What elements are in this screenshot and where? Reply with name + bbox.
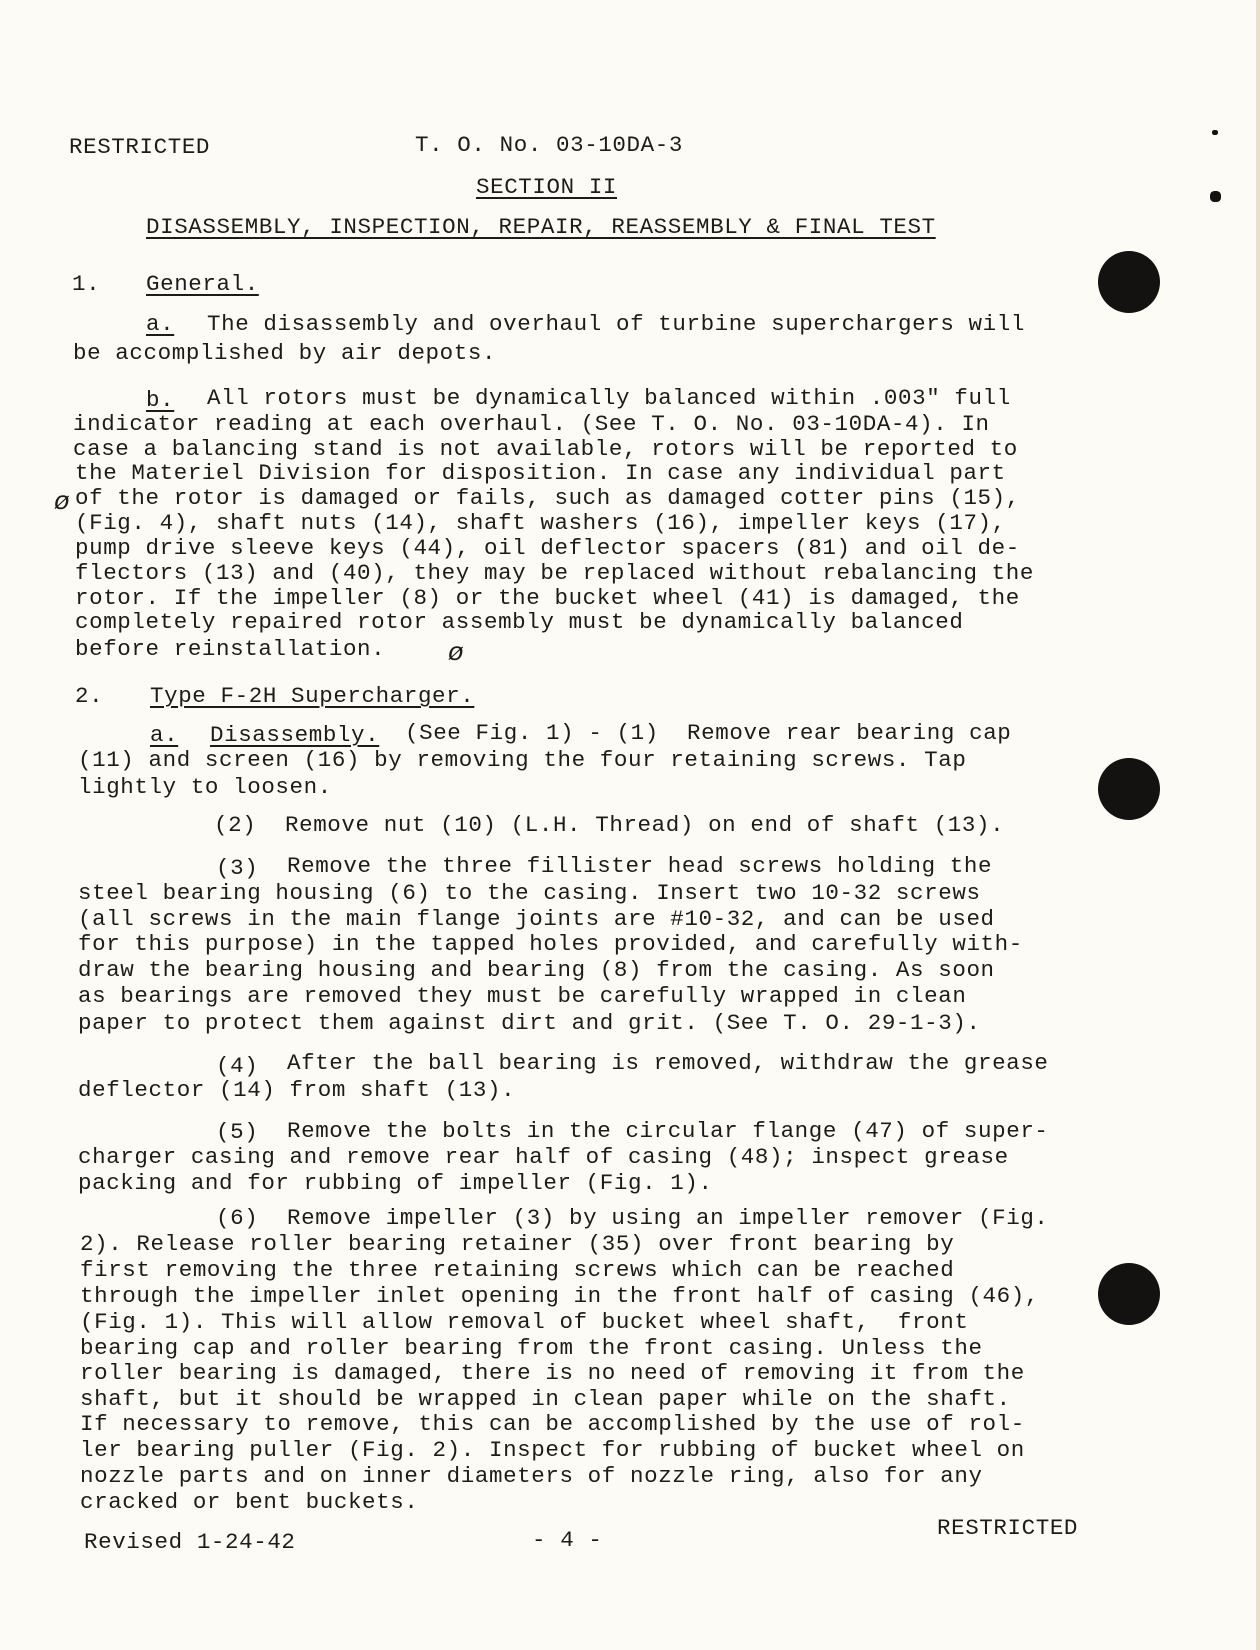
punch-hole-top <box>1098 251 1160 313</box>
text-line: before reinstallation. <box>75 636 385 662</box>
text-line: shaft, but it should be wrapped in clean… <box>80 1386 1011 1412</box>
section-title-general: General. <box>146 271 259 297</box>
section-title-type-f2h: Type F-2H Supercharger. <box>150 683 474 709</box>
text-line: steel bearing housing (6) to the casing.… <box>78 880 981 906</box>
step-label: (6) <box>216 1205 258 1231</box>
text-line: completely repaired rotor assembly must … <box>75 609 963 635</box>
paragraph-heading: Disassembly. <box>210 722 379 748</box>
text-line: case a balancing stand is not available,… <box>73 436 1018 462</box>
paragraph-label: a. <box>146 311 174 337</box>
text-line: (11) and screen (16) by removing the fou… <box>78 747 966 773</box>
text-line: After the ball bearing is removed, withd… <box>287 1050 1049 1076</box>
text-line: The disassembly and overhaul of turbine … <box>207 311 1025 337</box>
punch-hole-middle <box>1098 758 1160 820</box>
revision-mark: ø <box>54 487 70 517</box>
text-line: Remove the bolts in the circular flange … <box>287 1118 1049 1144</box>
paragraph-label: b. <box>146 387 174 413</box>
section-number: 2. <box>75 683 103 709</box>
text-line: of the rotor is damaged or fails, such a… <box>75 485 1020 511</box>
text-line: ler bearing puller (Fig. 2). Inspect for… <box>80 1437 1025 1463</box>
text-line: (all screws in the main flange joints ar… <box>78 906 995 932</box>
document-number: T. O. No. 03-10DA-3 <box>415 132 683 158</box>
text-line: be accomplished by air depots. <box>73 340 496 366</box>
page-edge <box>1256 0 1260 1650</box>
text-line: for this purpose) in the tapped holes pr… <box>78 931 1023 957</box>
text-line: (Fig. 1). This will allow removal of buc… <box>80 1309 968 1335</box>
section-heading: SECTION II <box>476 174 617 200</box>
text-line: packing and for rubbing of impeller (Fig… <box>78 1170 713 1196</box>
header-classification: RESTRICTED <box>69 134 210 160</box>
step-label: (3) <box>216 855 258 881</box>
text-line: rotor. If the impeller (8) or the bucket… <box>75 585 1020 611</box>
text-line: (See Fig. 1) - (1) Remove rear bearing c… <box>405 720 1011 746</box>
text-line: lightly to loosen. <box>78 774 332 800</box>
text-line: the Materiel Division for disposition. I… <box>75 460 1006 486</box>
text-line: charger casing and remove rear half of c… <box>78 1144 1009 1170</box>
ink-speck <box>1212 130 1218 135</box>
text-line: draw the bearing housing and bearing (8)… <box>78 957 995 983</box>
text-line: bearing cap and roller bearing from the … <box>80 1335 983 1361</box>
text-line: pump drive sleeve keys (44), oil deflect… <box>75 535 1020 561</box>
text-line: first removing the three retaining screw… <box>80 1257 954 1283</box>
text-line: Remove nut (10) (L.H. Thread) on end of … <box>285 812 1004 838</box>
step-label: (5) <box>216 1119 258 1145</box>
text-line: cracked or bent buckets. <box>80 1489 418 1515</box>
text-line: nozzle parts and on inner diameters of n… <box>80 1463 983 1489</box>
text-line: flectors (13) and (40), they may be repl… <box>75 560 1034 586</box>
revision-date: Revised 1-24-42 <box>84 1529 296 1555</box>
page-number: - 4 - <box>532 1527 603 1553</box>
text-line: Remove the three fillister head screws h… <box>287 853 992 879</box>
revision-mark: ø <box>448 638 464 668</box>
text-line: deflector (14) from shaft (13). <box>78 1077 515 1103</box>
text-line: indicator reading at each overhaul. (See… <box>73 411 990 437</box>
text-line: through the impeller inlet opening in th… <box>80 1283 1039 1309</box>
section-title: DISASSEMBLY, INSPECTION, REPAIR, REASSEM… <box>146 214 936 240</box>
text-line: Remove impeller (3) by using an impeller… <box>287 1205 1049 1231</box>
footer-classification: RESTRICTED <box>937 1515 1078 1541</box>
step-label: (2) <box>214 812 256 838</box>
ink-speck <box>1210 191 1221 202</box>
text-line: 2). Release roller bearing retainer (35)… <box>80 1231 954 1257</box>
text-line: If necessary to remove, this can be acco… <box>80 1411 1025 1437</box>
punch-hole-bottom <box>1098 1263 1160 1325</box>
document-page: RESTRICTED T. O. No. 03-10DA-3 SECTION I… <box>0 0 1260 1650</box>
text-line: All rotors must be dynamically balanced … <box>207 385 1011 411</box>
paragraph-label: a. <box>150 722 178 748</box>
text-line: paper to protect them against dirt and g… <box>78 1010 981 1036</box>
section-number: 1. <box>72 271 100 297</box>
text-line: (Fig. 4), shaft nuts (14), shaft washers… <box>75 510 1006 536</box>
step-label: (4) <box>216 1053 258 1079</box>
text-line: as bearings are removed they must be car… <box>78 983 966 1009</box>
text-line: roller bearing is damaged, there is no n… <box>80 1360 1025 1386</box>
